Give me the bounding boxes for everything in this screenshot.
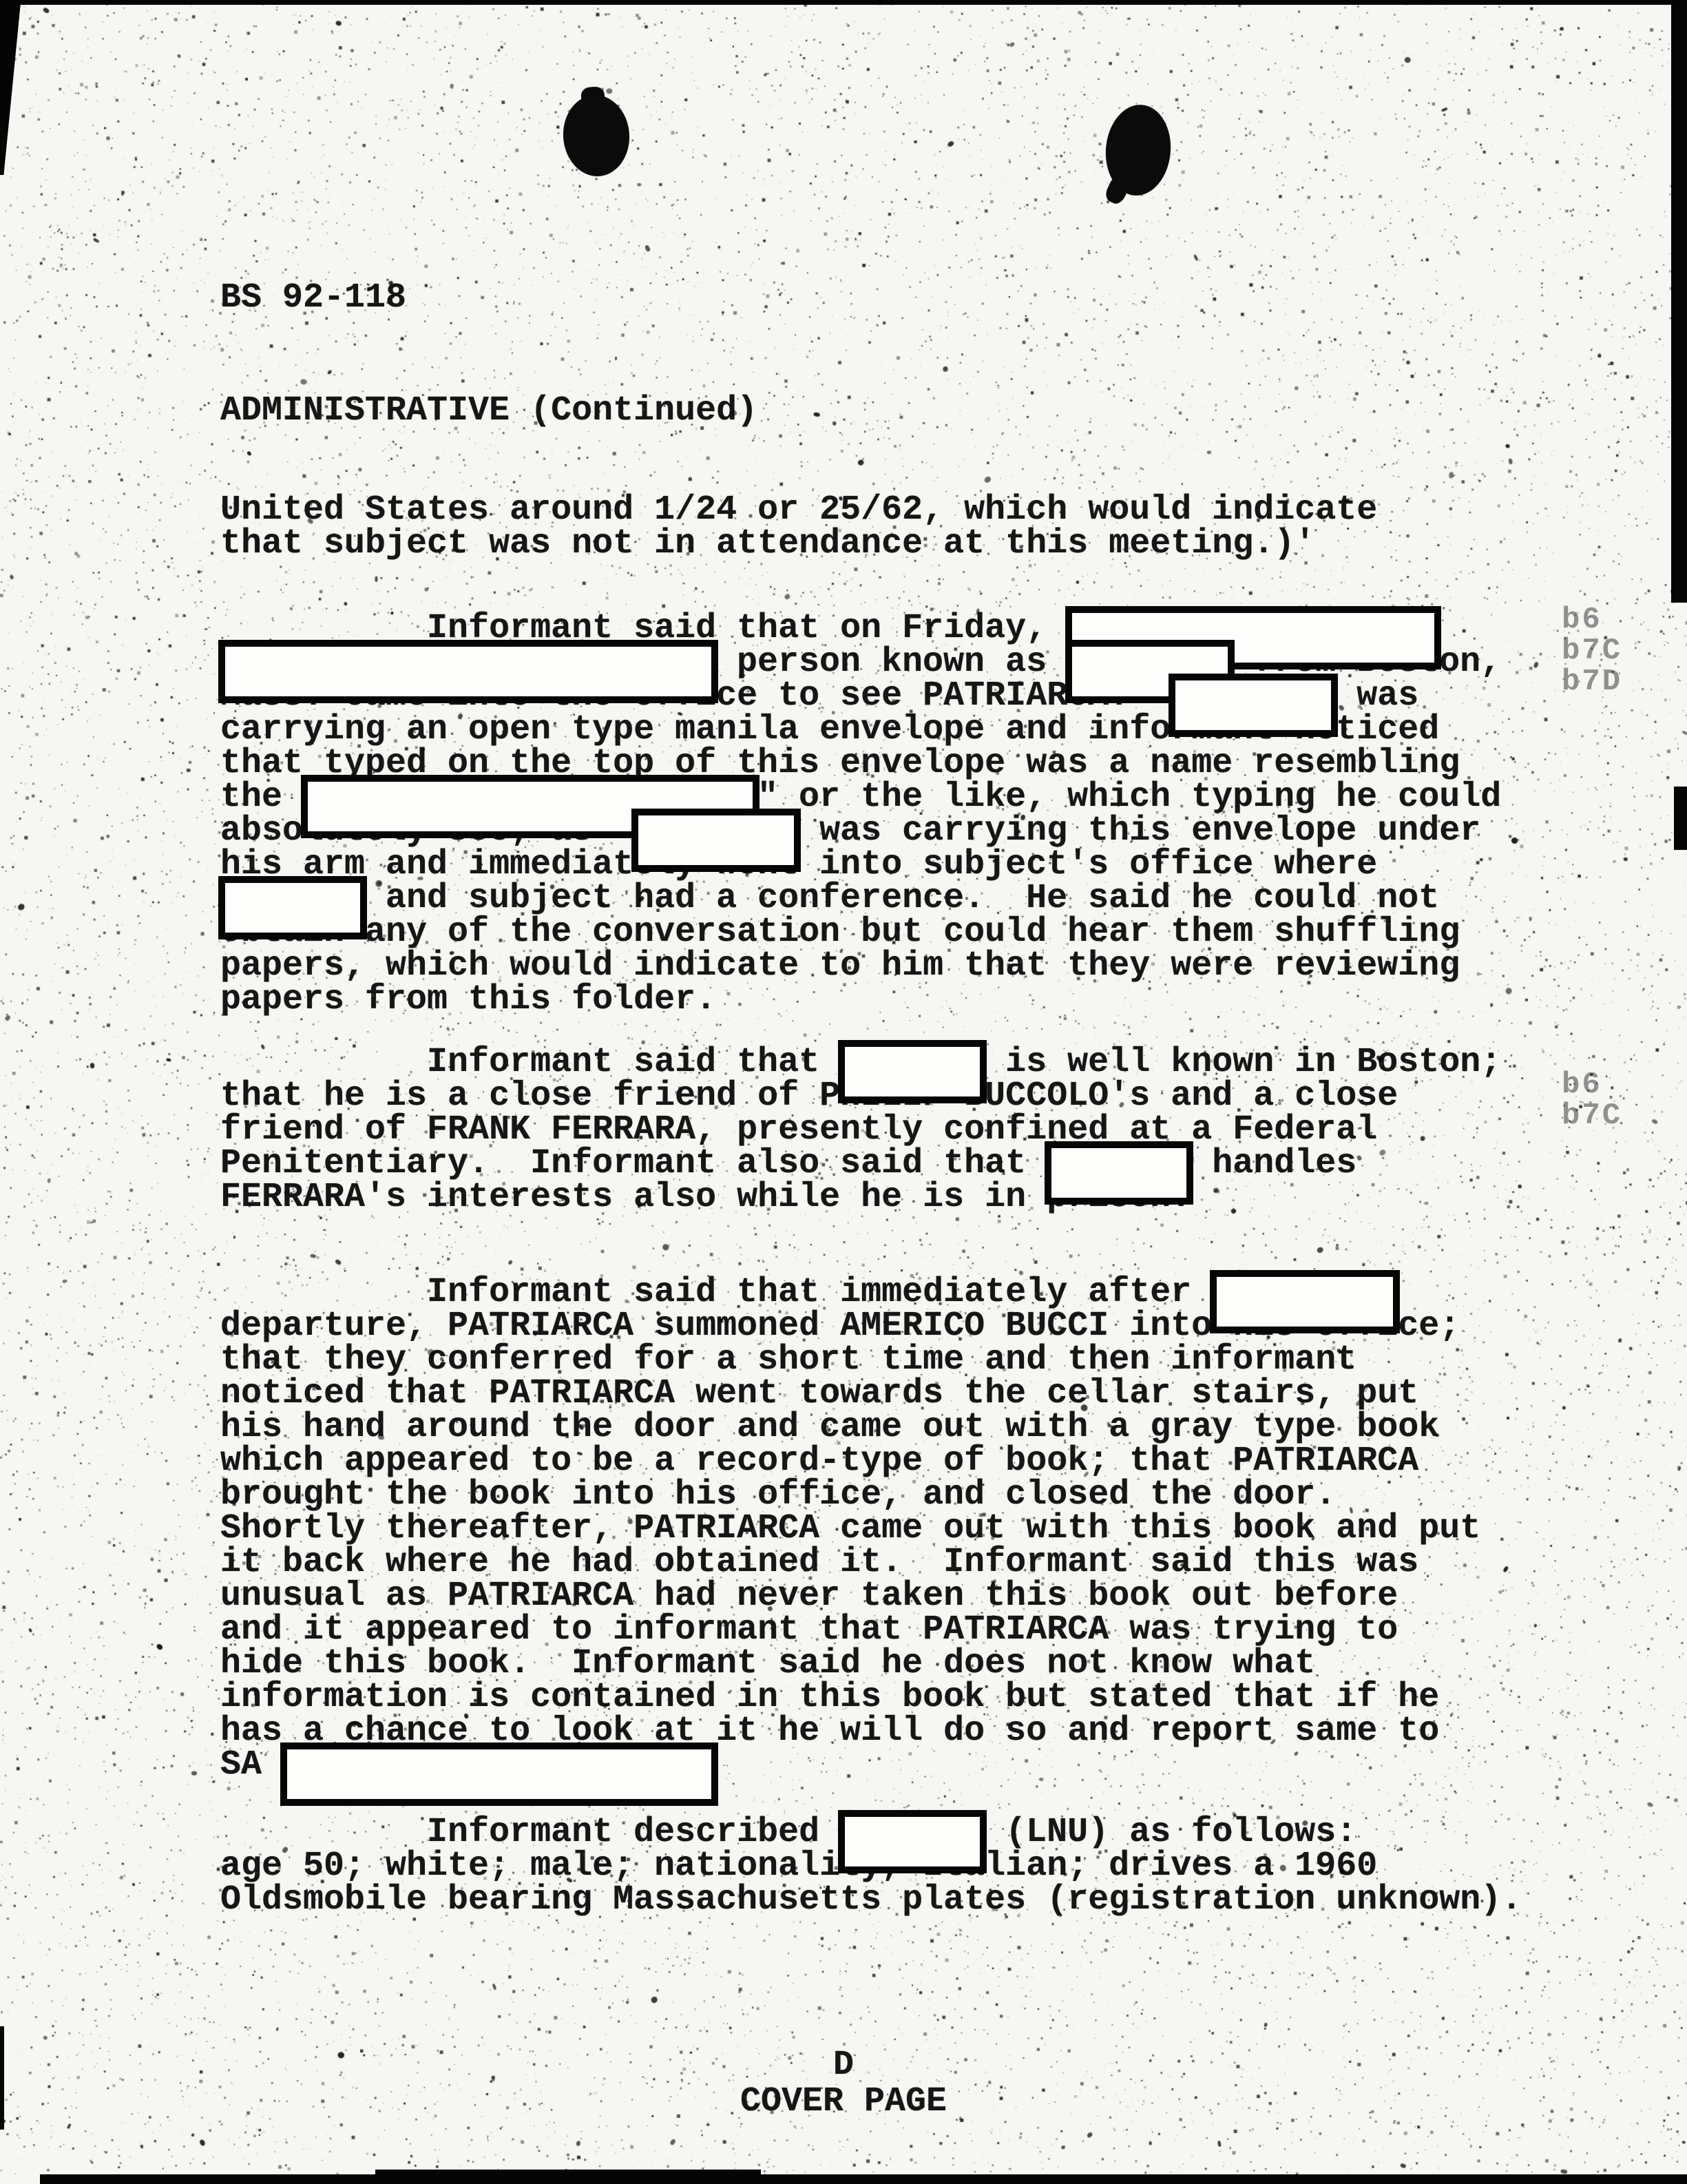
- document-line: noticed that PATRIARCA went towards the …: [220, 1377, 1480, 1411]
- document-line: United States around 1/24 or 25/62, whic…: [220, 493, 1377, 527]
- redaction-box: [1047, 1147, 1191, 1181]
- text-run: papers from this folder.: [220, 980, 716, 1019]
- margin-code: b6: [1562, 605, 1622, 636]
- redaction-box: [220, 882, 365, 915]
- redaction-box: [840, 1816, 985, 1849]
- scan-edge-artifact-left: [0, 3, 21, 175]
- document-line: papers, which would indicate to him that…: [220, 949, 1501, 983]
- paragraph-4: Informant said that immediately after de…: [220, 1276, 1480, 1782]
- paragraph-2: Informant said that on Friday, person kn…: [220, 612, 1501, 1017]
- page-footer: D COVER PAGE: [0, 2047, 1687, 2120]
- margin-code-group-1: b6b7Cb7D: [1562, 605, 1622, 698]
- document-line: his arm and immediately went into subjec…: [220, 848, 1501, 882]
- document-line: hide this book. Informant said he does n…: [220, 1647, 1480, 1681]
- text-run: Oldsmobile bearing Massachusetts plates …: [220, 1880, 1522, 1920]
- redaction-box: [840, 1046, 985, 1079]
- document-line: it back where he had obtained it. Inform…: [220, 1546, 1480, 1579]
- document-line: Informant said that immediately after: [220, 1276, 1480, 1309]
- paragraph-1: United States around 1/24 or 25/62, whic…: [220, 493, 1377, 561]
- document-line: Shortly thereafter, PATRIARCA came out w…: [220, 1512, 1480, 1546]
- document-line: and subject had a conference. He said he…: [220, 882, 1501, 915]
- document-line: friend of FRANK FERRARA, presently confi…: [220, 1113, 1501, 1147]
- footer-cover-page-label: COVER PAGE: [0, 2083, 1687, 2120]
- redaction-box: [1171, 679, 1336, 713]
- margin-code-group-2: b6b7C: [1562, 1070, 1622, 1132]
- document-line: and it appeared to informant that PATRIA…: [220, 1613, 1480, 1647]
- hole-punch-left: [560, 93, 632, 178]
- margin-code: b7C: [1562, 1101, 1622, 1132]
- document-line: brought the book into his office, and cl…: [220, 1478, 1480, 1512]
- hole-punch-right: [1102, 102, 1174, 198]
- document-line: Penitentiary. Informant also said that h…: [220, 1147, 1501, 1181]
- document-line: his hand around the door and came out wi…: [220, 1411, 1480, 1444]
- document-line: obtain any of the conversation but could…: [220, 915, 1501, 949]
- scan-edge-artifact-top: [0, 0, 1687, 5]
- document-line: FERRARA's interests also while he is in …: [220, 1181, 1501, 1214]
- text-run: that subject was not in attendance at th…: [220, 524, 1315, 563]
- margin-code: b6: [1562, 1070, 1622, 1101]
- document-line: Oldsmobile bearing Massachusetts plates …: [220, 1883, 1522, 1917]
- document-line: that subject was not in attendance at th…: [220, 527, 1377, 561]
- scan-edge-artifact-right: [1674, 787, 1687, 850]
- redaction-box: [1212, 1276, 1398, 1309]
- redaction-box: [220, 645, 716, 679]
- footer-page-letter: D: [0, 2047, 1687, 2083]
- scanned-document-page: BS 92-118 ADMINISTRATIVE (Continued) Uni…: [0, 0, 1687, 2184]
- text-run: SA: [220, 1745, 282, 1785]
- scan-edge-artifact-bottom: [375, 2170, 761, 2184]
- document-line: SA: [220, 1748, 1480, 1782]
- scan-edge-artifact-bottom: [40, 2174, 1687, 2184]
- margin-code: b7D: [1562, 667, 1622, 698]
- paragraph-3: Informant said that is well known in Bos…: [220, 1046, 1501, 1214]
- document-line: unusual as PATRIARCA had never taken thi…: [220, 1579, 1480, 1613]
- redaction-box: [633, 814, 799, 848]
- scan-edge-artifact-right: [1671, 0, 1687, 603]
- document-line: that they conferred for a short time and…: [220, 1343, 1480, 1377]
- paragraph-5: Informant described (LNU) as follows:age…: [220, 1816, 1522, 1917]
- document-line: information is contained in this book bu…: [220, 1681, 1480, 1714]
- document-line: Informant described (LNU) as follows:: [220, 1816, 1522, 1849]
- scan-edge-artifact-left: [0, 2026, 4, 2130]
- document-line: Informant said that is well known in Bos…: [220, 1046, 1501, 1079]
- document-line: which appeared to be a record-type of bo…: [220, 1444, 1480, 1478]
- section-heading: ADMINISTRATIVE (Continued): [220, 394, 757, 428]
- case-number: BS 92-118: [220, 281, 406, 315]
- redaction-box: [282, 1748, 716, 1782]
- margin-code: b7C: [1562, 636, 1622, 667]
- text-run: handles: [1191, 1144, 1356, 1183]
- document-line: the " or the like, which typing he could: [220, 780, 1501, 814]
- document-line: papers from this folder.: [220, 983, 1501, 1017]
